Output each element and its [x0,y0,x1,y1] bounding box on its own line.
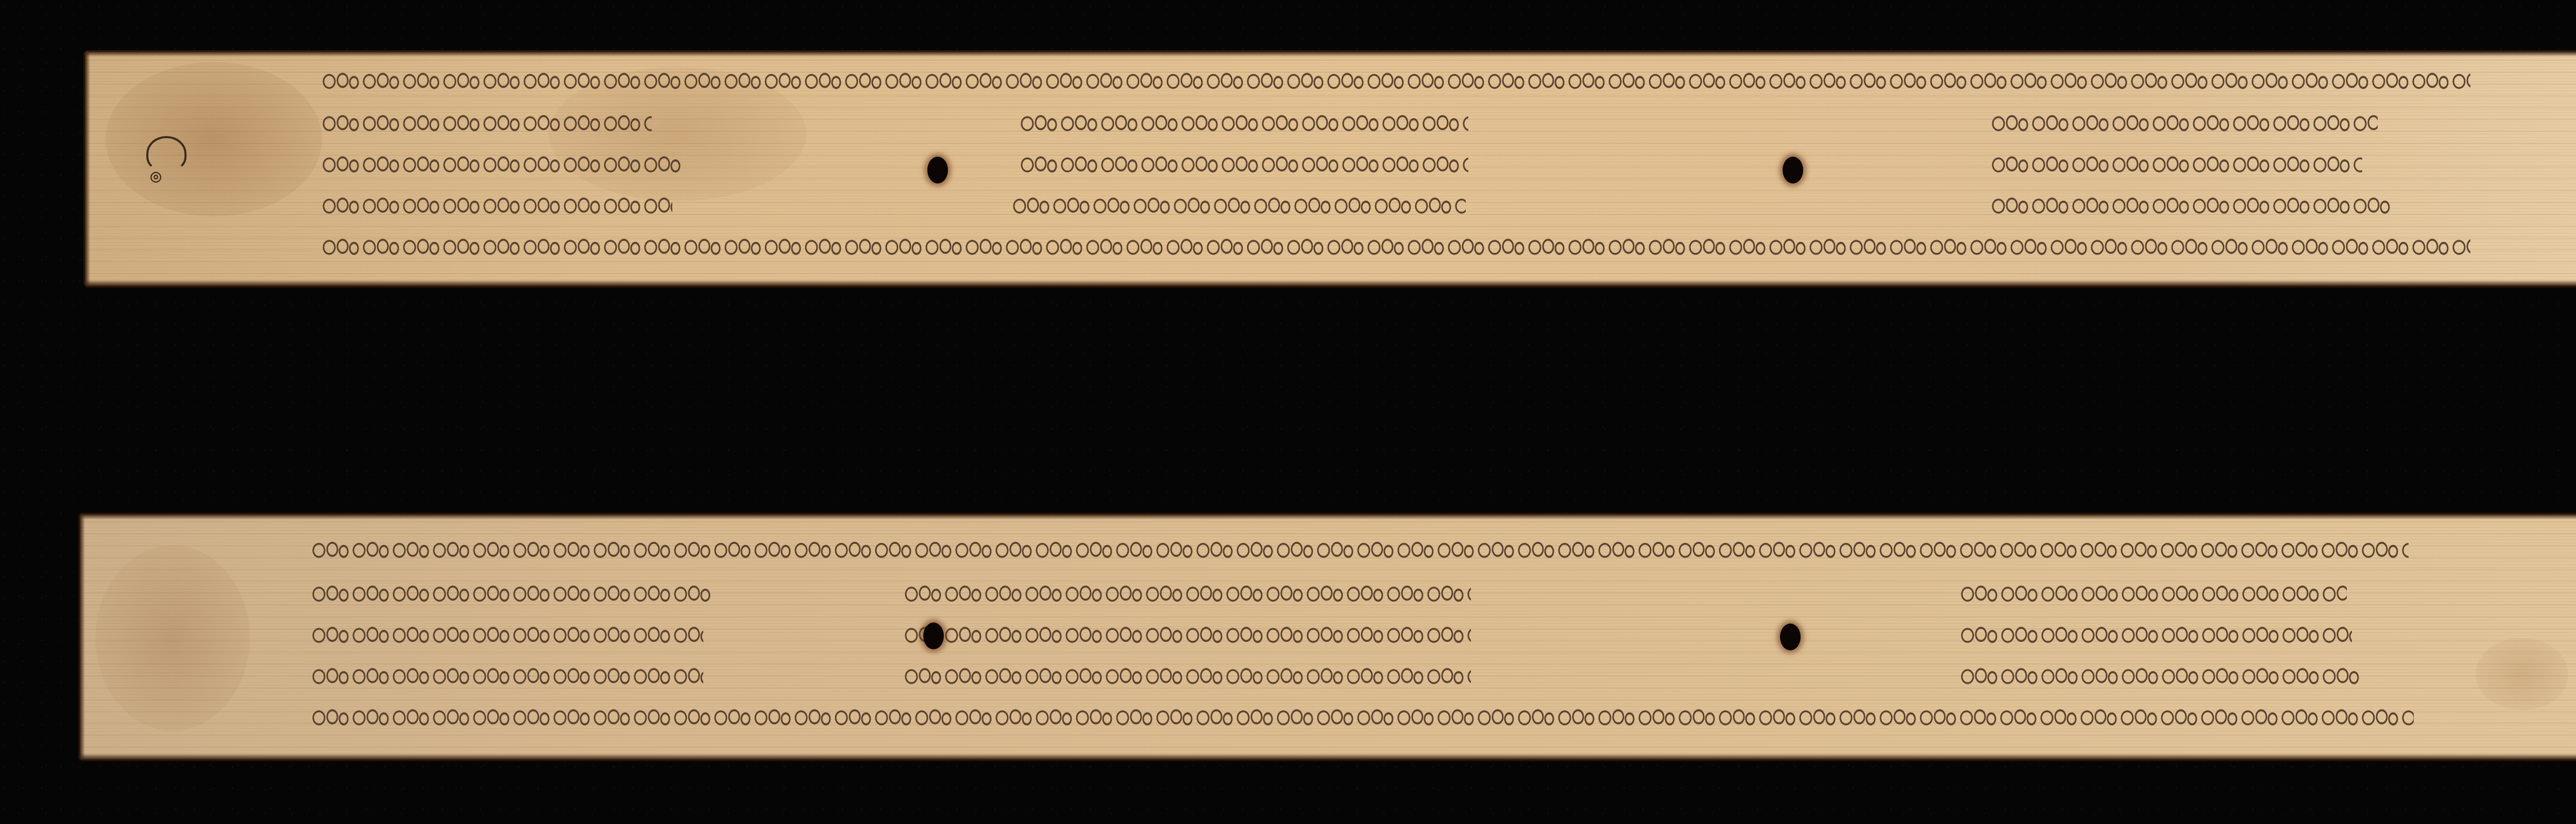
string-hole-left [927,157,948,183]
incised-script [322,66,2470,94]
incised-script [312,620,703,648]
script-line-5 [322,232,2470,260]
script-line-3-right [1991,149,2362,177]
script-line-4-mid [1012,191,1466,218]
script-line-4-left [312,661,703,689]
stain [2476,638,2568,710]
incised-script [1991,108,2378,136]
leaf-edge [80,514,2576,519]
incised-script [1012,191,1466,218]
incised-script [1020,108,1468,136]
script-line-3-mid [1020,149,1468,177]
palm-leaf-bottom [80,514,2576,760]
incised-script [322,232,2470,260]
script-line-3-left [322,149,683,177]
script-line-2-left [322,108,652,136]
incised-script [1960,661,2362,689]
stain [95,545,250,731]
leaf-edge [80,753,2576,760]
incised-script [904,661,1471,689]
string-hole-right [1780,624,1801,650]
script-line-3-mid [904,620,1471,648]
string-hole-left [923,623,944,649]
script-line-2-mid [1020,108,1468,136]
script-line-4-left [322,191,672,218]
incised-script [1960,579,2347,607]
script-line-3-right [1960,620,2352,648]
folio-number: ၜ [149,160,163,194]
script-line-2-left [312,579,714,607]
script-line-1 [322,66,2470,94]
incised-script [312,702,2414,730]
stain [106,62,322,216]
incised-script [322,108,652,136]
incised-script [312,661,703,689]
script-line-4-right [1991,191,2393,218]
incised-script [904,579,1471,607]
incised-script [1020,149,1468,177]
script-line-5 [312,702,2414,730]
incised-script [312,535,2409,563]
incised-script [904,620,1471,648]
folio-loop-mark [146,136,187,171]
incised-script [1991,191,2393,218]
script-line-1 [312,535,2409,563]
incised-script [322,191,672,218]
script-line-4-mid [904,661,1471,689]
leaf-edge [85,52,90,286]
script-line-2-right [1960,579,2347,607]
script-line-4-right [1960,661,2362,689]
incised-script [322,149,683,177]
script-line-2-right [1991,108,2378,136]
incised-script [312,579,714,607]
script-line-3-left [312,620,703,648]
leaf-edge [85,52,2576,57]
palm-leaf-top: ၜ [85,52,2576,286]
incised-script [1991,149,2362,177]
string-hole-right [1783,157,1803,183]
incised-script [1960,620,2352,648]
leaf-edge [85,280,2576,286]
leaf-edge [80,514,85,760]
script-line-2-mid [904,579,1471,607]
